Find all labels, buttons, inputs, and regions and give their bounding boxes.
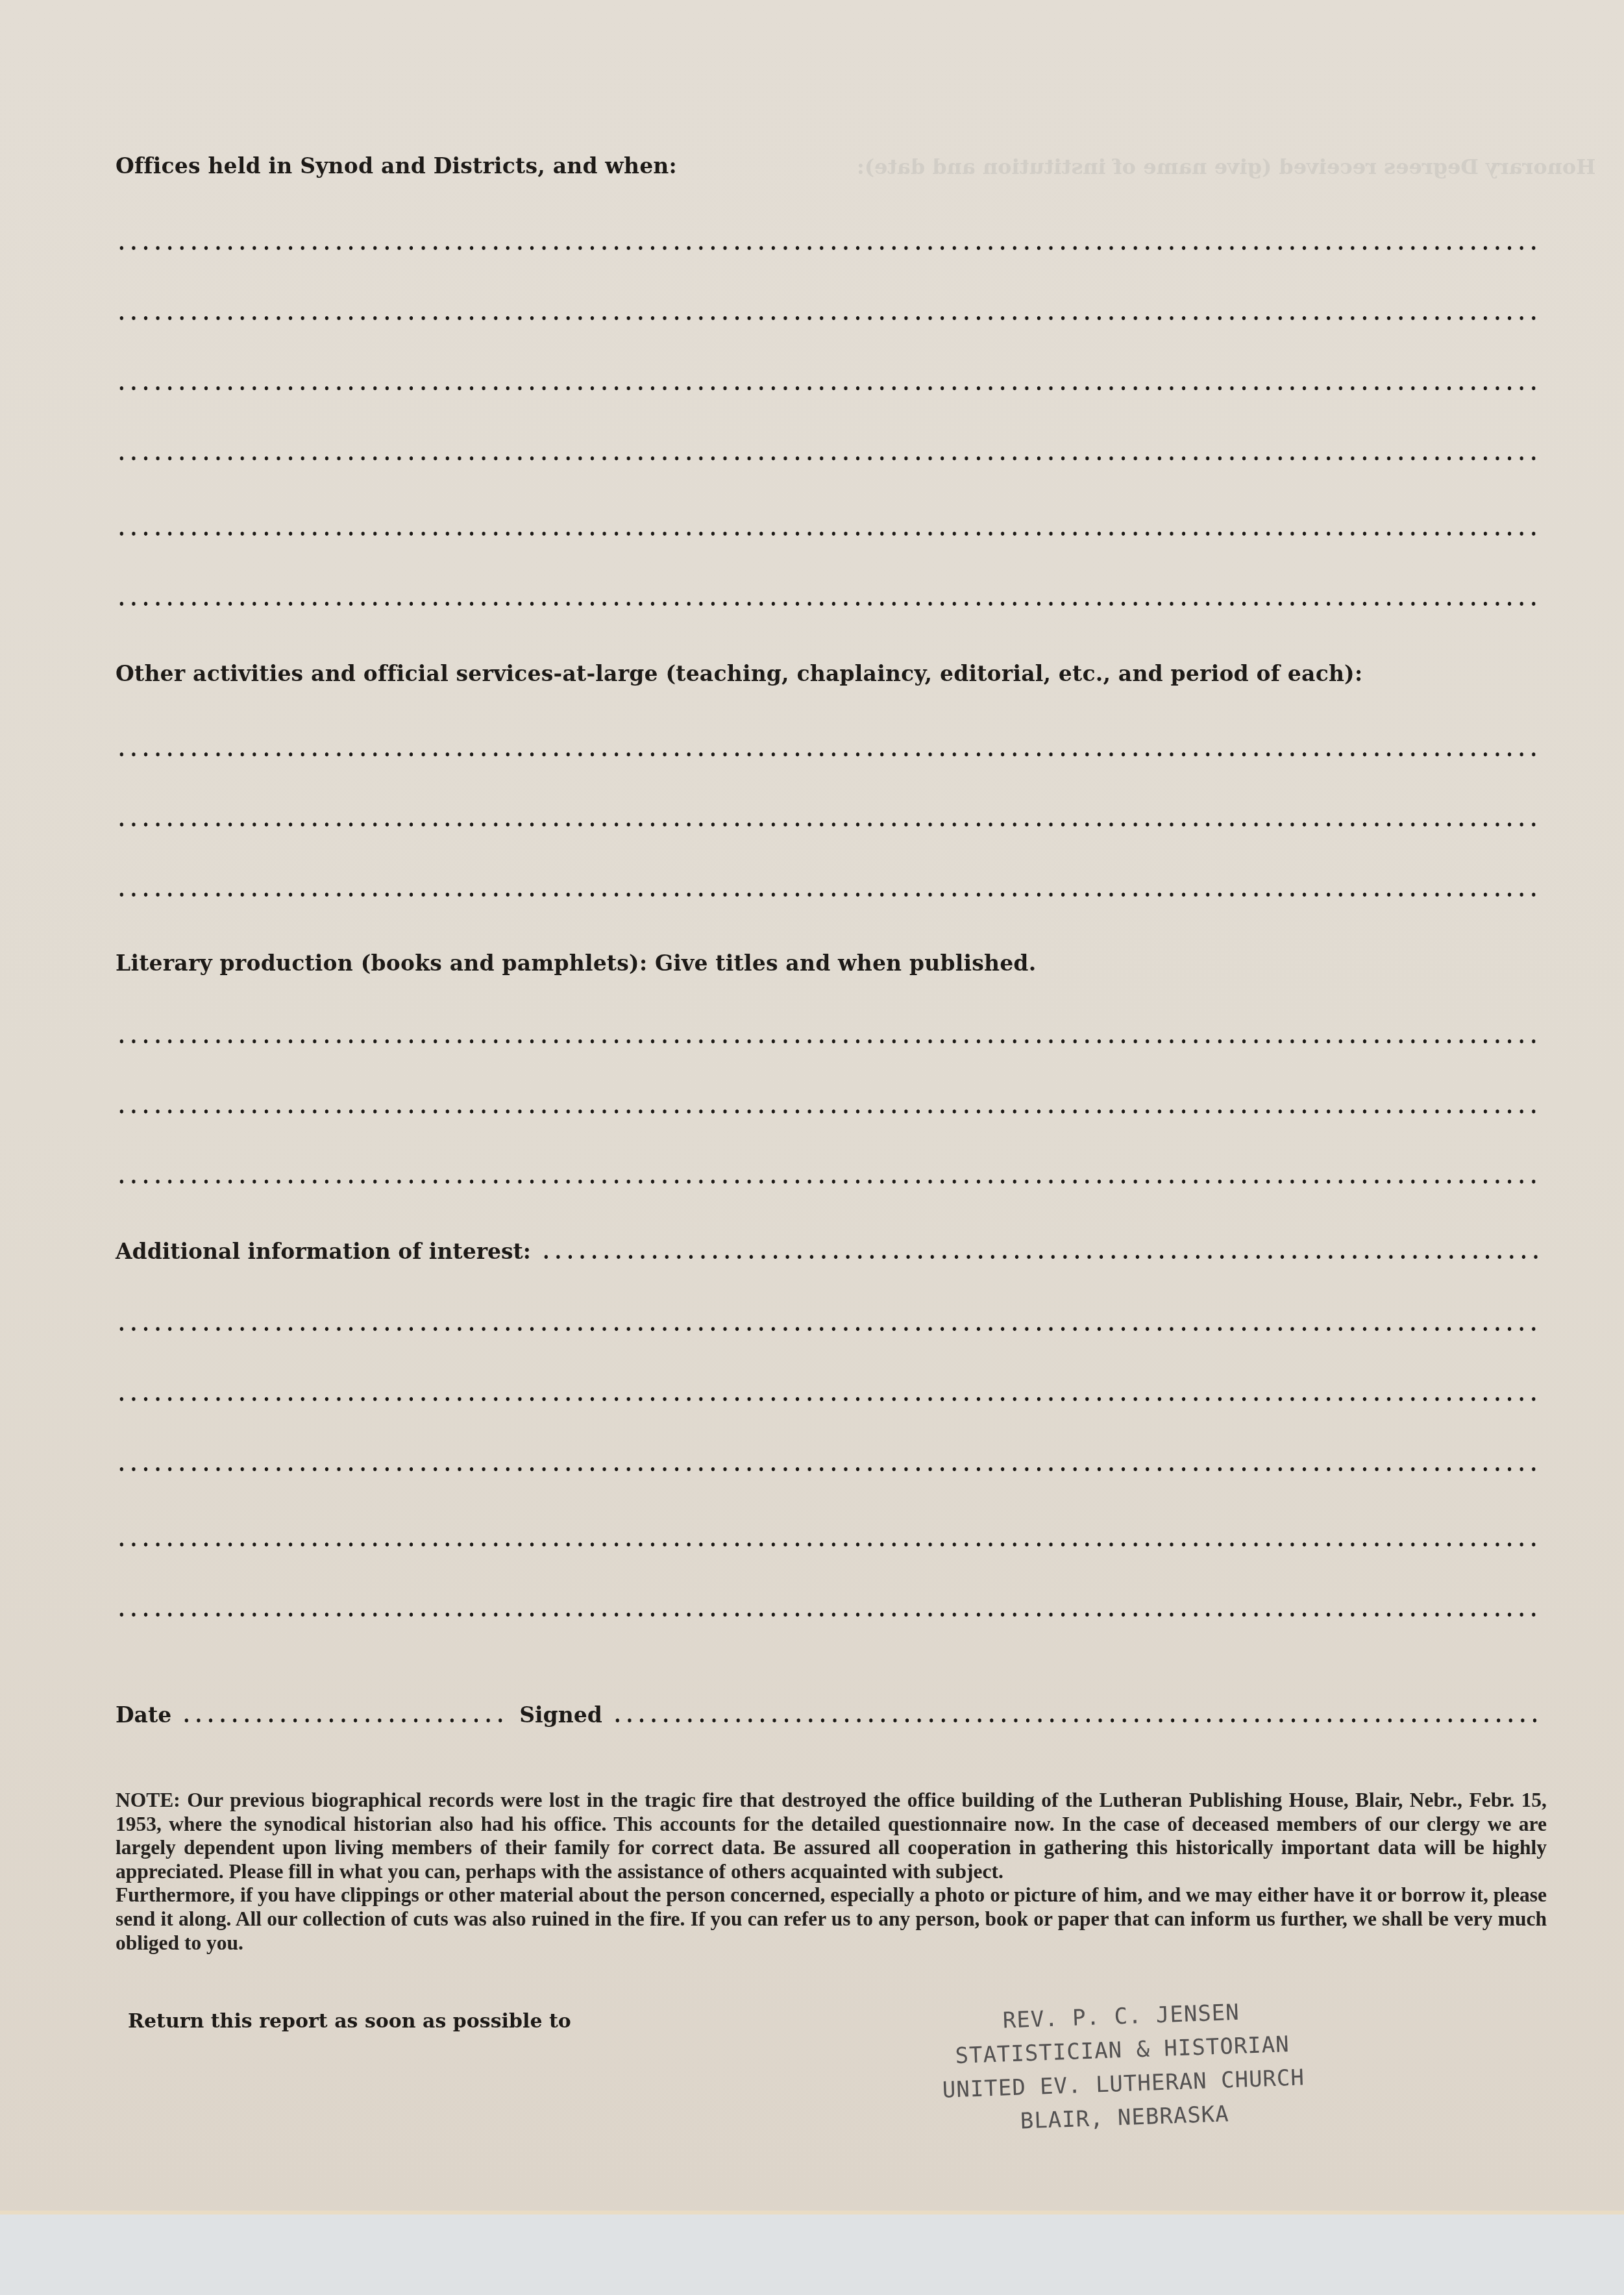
literary-production-label: Literary production (books and pamphlets… bbox=[116, 950, 1036, 976]
additional-info-line-2[interactable] bbox=[116, 1326, 1538, 1332]
additional-info-line-6[interactable] bbox=[116, 1611, 1538, 1618]
offices-held-line-6[interactable] bbox=[116, 601, 1538, 607]
date-field[interactable] bbox=[180, 1717, 505, 1724]
other-activities-line-1[interactable] bbox=[116, 751, 1538, 758]
signature-field[interactable] bbox=[611, 1717, 1538, 1724]
note-paragraph: NOTE: Our previous biographical records … bbox=[116, 1789, 1547, 1955]
additional-info-line-4[interactable] bbox=[116, 1466, 1538, 1472]
date-signed-row: Date Signed bbox=[116, 1702, 1538, 1728]
additional-info-row: Additional information of interest: bbox=[116, 1239, 1538, 1264]
offices-held-label: Offices held in Synod and Districts, and… bbox=[116, 153, 677, 179]
additional-info-label: Additional information of interest: bbox=[116, 1239, 531, 1264]
note-body: Our previous biographical records were l… bbox=[116, 1789, 1547, 1883]
signed-label: Signed bbox=[519, 1702, 602, 1728]
offices-held-line-2[interactable] bbox=[116, 315, 1538, 321]
other-activities-line-2[interactable] bbox=[116, 821, 1538, 828]
offices-held-line-5[interactable] bbox=[116, 530, 1538, 537]
return-instructions: Return this report as soon as possible t… bbox=[128, 2010, 571, 2033]
bleed-through-text: Honorary Degrees received (give name of … bbox=[857, 155, 1595, 179]
offices-held-line-3[interactable] bbox=[116, 385, 1538, 391]
additional-info-line-5[interactable] bbox=[116, 1541, 1538, 1548]
note-heading: NOTE: bbox=[116, 1789, 180, 1811]
questionnaire-page: Honorary Degrees received (give name of … bbox=[0, 0, 1624, 2214]
other-activities-label: Other activities and official services-a… bbox=[116, 661, 1362, 686]
literary-production-line-2[interactable] bbox=[116, 1108, 1538, 1115]
offices-held-line-1[interactable] bbox=[116, 245, 1538, 251]
other-activities-line-3[interactable] bbox=[116, 891, 1538, 898]
offices-held-line-4[interactable] bbox=[116, 455, 1538, 462]
additional-info-line-1[interactable] bbox=[540, 1254, 1538, 1260]
literary-production-line-1[interactable] bbox=[116, 1038, 1538, 1045]
note-body-2: Furthermore, if you have clippings or ot… bbox=[116, 1883, 1547, 1954]
additional-info-line-3[interactable] bbox=[116, 1396, 1538, 1402]
address-stamp: REV. P. C. JENSEN STATISTICIAN & HISTORI… bbox=[926, 1993, 1320, 2142]
date-label: Date bbox=[116, 1702, 171, 1728]
literary-production-line-3[interactable] bbox=[116, 1178, 1538, 1185]
